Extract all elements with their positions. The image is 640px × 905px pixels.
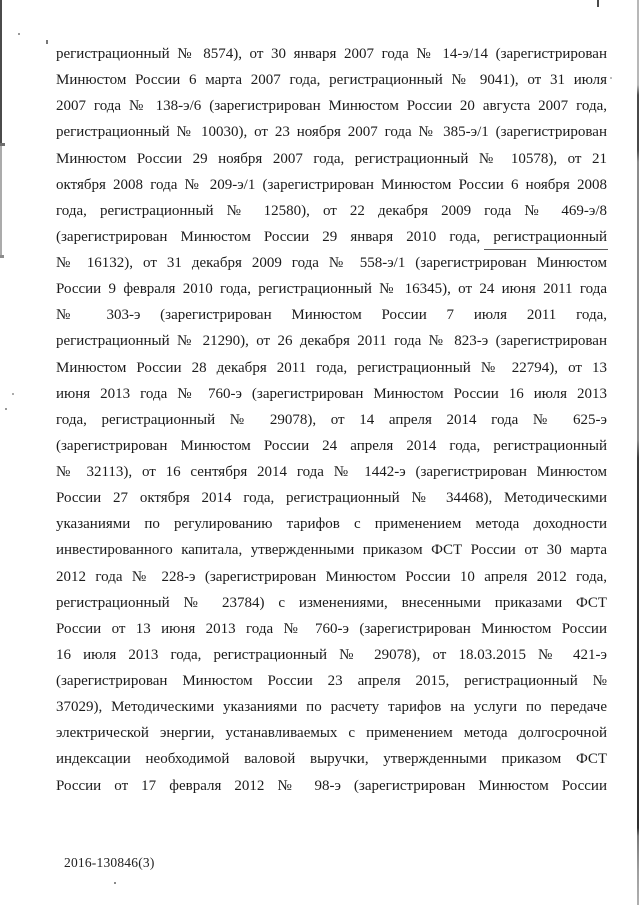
page-text: регистрационный № 8574), от 30 января 20… <box>56 41 607 799</box>
text-line: июня 2013 года № 760-э (зарегистрирован … <box>56 381 607 407</box>
text-line: указаниями по регулированию тарифов с пр… <box>56 511 607 537</box>
text-line: (зарегистрирован Минюстом России 24 апре… <box>56 433 607 459</box>
scan-speck <box>5 408 7 410</box>
text-line: 37029), Методическими указаниями по расч… <box>56 694 607 720</box>
text-line: России от 13 июня 2013 года № 760-э (зар… <box>56 616 607 642</box>
text-line: 2007 года № 138-э/6 (зарегистрирован Мин… <box>56 93 607 119</box>
scan-mark <box>597 0 599 7</box>
text-line: регистрационный № 10030), от 23 ноября 2… <box>56 119 607 145</box>
text-line: Минюстом России 29 ноября 2007 года, рег… <box>56 146 607 172</box>
text-line: № 303-э (зарегистрирован Минюстом России… <box>56 302 607 328</box>
scan-left-border-dark <box>0 0 2 146</box>
text-line: регистрационный № 8574), от 30 января 20… <box>56 41 607 67</box>
scan-speck <box>610 77 612 79</box>
text-line: регистрационный № 21290), от 26 декабря … <box>56 328 607 354</box>
text-line: инвестированного капитала, утвержденными… <box>56 537 607 563</box>
document-number-footer: 2016-130846(3) <box>64 855 155 871</box>
text-line: 16 июля 2013 года, регистрационный № 290… <box>56 642 607 668</box>
text-line: России 27 октября 2014 года, регистрацио… <box>56 485 607 511</box>
text-line: индексации необходимой валовой выручки, … <box>56 746 607 772</box>
text-line: России 9 февраля 2010 года, регистрацион… <box>56 276 607 302</box>
text-line: Минюстом России 28 декабря 2011 года, ре… <box>56 355 607 381</box>
text-line: года, регистрационный № 29078), от 14 ап… <box>56 407 607 433</box>
scan-speck <box>46 40 48 44</box>
text-line: года, регистрационный № 12580), от 22 де… <box>56 198 607 224</box>
text-line: октября 2008 года № 209-э/1 (зарегистрир… <box>56 172 607 198</box>
scan-speck <box>12 393 14 395</box>
text-line: № 16132), от 31 декабря 2009 года № 558-… <box>56 250 607 276</box>
scan-left-border-light <box>0 146 2 258</box>
text-line: № 32113), от 16 сентября 2014 года № 144… <box>56 459 607 485</box>
scan-speck <box>18 33 20 35</box>
text-line: Минюстом России 6 марта 2007 года, регис… <box>56 67 607 93</box>
scan-speck <box>114 882 116 884</box>
text-line: (зарегистрирован Минюстом России 29 янва… <box>56 224 607 250</box>
text-line: 2012 года № 228-э (зарегистрирован Минюс… <box>56 564 607 590</box>
text-line: электрической энергии, устанавливаемых с… <box>56 720 607 746</box>
scan-left-border-tick <box>0 255 4 258</box>
text-line: России от 17 февраля 2012 № 98-э (зареги… <box>56 773 607 799</box>
text-line: регистрационный № 23784) с изменениями, … <box>56 590 607 616</box>
document-page: регистрационный № 8574), от 30 января 20… <box>0 0 640 905</box>
scan-right-border <box>637 0 639 905</box>
text-line: (зарегистрирован Минюстом России 23 апре… <box>56 668 607 694</box>
